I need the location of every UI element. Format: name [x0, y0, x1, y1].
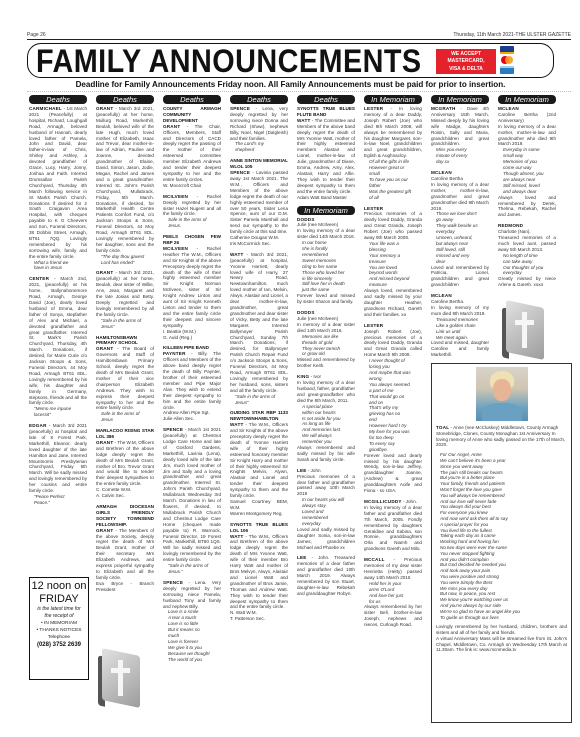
notice-spence-2: SPENCE - Lena. Very deeply regretted by …: [163, 580, 221, 663]
column-heading: In Memoriam: [364, 95, 422, 104]
notice-carmichael: CARMICHAEL - 1st March 2021 (Peacefully)…: [29, 106, 87, 271]
dotted-rule: [27, 91, 571, 92]
notice-center: CENTER - March 2nd, 2021, (peacefully) a…: [29, 276, 87, 418]
page-number: Page 26: [27, 32, 46, 38]
section-banner: FAMILY ANNOUNCEMENTS WE ACCEPT MASTERCAR…: [27, 43, 554, 78]
notice-synotts-band: SYNOTTS TRUE BLUES FLUTE BAND WATT - The…: [297, 106, 355, 201]
column-heading: In Memoriam: [498, 95, 556, 104]
column-deaths-4: Deaths SPENCE - Lena, very deeply regret…: [230, 95, 288, 627]
bible-cross-icon: [500, 302, 550, 360]
column-deaths-5: Deaths SYNOTTS TRUE BLUES FLUTE BAND WAT…: [297, 95, 355, 602]
column-heading: Deaths: [96, 95, 154, 104]
column-heading: Deaths: [29, 95, 87, 104]
notice-anne-sinton: ANNE SINTON MEMORIAL WLOL 105 SPENCE - L…: [230, 158, 288, 247]
header-rule: [27, 39, 571, 40]
deadline-notice: Deadline for Family Announcements Friday…: [40, 79, 541, 89]
column-heading: Deaths: [230, 95, 288, 104]
memoriam-toal-box: TOAL - Anne (nee McCluskey) Middletown, …: [431, 363, 572, 723]
memoriam-mcgrath: MCGRATH - Dave 4th Anniversary 15th Marc…: [431, 106, 489, 165]
memoriam-mclean-3: MCLEAN Caroline Bertha (2nd Anniversary)…: [498, 106, 556, 218]
notice-synotts-lol: SYNOTTS TRUE BLUES LOL 106 WATT - The W.…: [230, 522, 288, 622]
notice-killeen: KILLEEN PIPE BAND PAYNTER - Billy. The O…: [163, 345, 221, 422]
memoriam-dodds-2: DODDS Julie (nee McIlveen) In memory of …: [297, 310, 355, 369]
column-heading: Deaths: [297, 95, 355, 104]
payment-accept-badge: WE ACCEPT MASTERCARD, VISA & DELTA: [436, 49, 496, 74]
section-title: FAMILY ANNOUNCEMENTS: [36, 45, 422, 78]
memoriam-lester-2: LESTER Precious memories of a dearly lov…: [364, 206, 422, 318]
notice-grant-1: GRANT - March 3rd 2021, (peacefully) at …: [96, 106, 154, 265]
column-deaths-1: Deaths CARMICHAEL - 1st March 2021 (Peac…: [29, 95, 87, 511]
column-heading: In Memoriam: [431, 95, 489, 104]
notice-spence-1: SPENCE - March 1st 2021 (peacefully) at …: [163, 427, 221, 575]
memoriam-mccall: MCCALL - Precious memories of my dear si…: [364, 557, 422, 628]
notice-marlacoo: MARLACOO RISING STAR LOL 386 GRANT - The…: [96, 428, 154, 499]
memoriam-lester-1: LESTER - In loving memory of a dear Dadd…: [364, 106, 422, 201]
notice-edgar: EDGAR - March 3rd 2021 (peacefully) at h…: [29, 423, 87, 506]
card-logos: [500, 46, 516, 76]
notice-mcilveen-1: MCILVEEN - Rachel Deeply regretted by he…: [163, 194, 221, 229]
column-heading-in-memoriam: In Memoriam: [297, 206, 355, 215]
delta-icon: [500, 66, 514, 74]
notice-spence-3: SPENCE - Lena, very deeply regretted by …: [230, 106, 288, 153]
memoriam-lester-3: LESTER Joseph Robert (Joe), precious mem…: [364, 323, 422, 494]
memoriam-redmond: REDMOND Charlotte (Nan). Treasured memor…: [498, 223, 556, 288]
column-in-memoriam-1: In Memoriam LESTER - In loving memory of…: [364, 95, 422, 633]
notice-peels: PEELS CHOSEN FEW RBP 26 MCILVEEN - Rache…: [163, 234, 221, 340]
memoriam-king: KING - Ivor In loving memory of a dear h…: [297, 374, 355, 463]
visa-icon: [500, 46, 514, 54]
memoriam-lee-1: LEE - John Precious memories of a dear f…: [297, 468, 355, 551]
notice-cacd: COUNTY ARMAGH COMMUNITY DEVELOPMENT GRAN…: [163, 106, 221, 189]
notice-hamiltonsbawn: HAMILTONSBAWN PRIMARY SCHOOL GRANT - The…: [96, 335, 154, 424]
notice-grant-2: GRANT - March 3rd 2021, (peacefully) at …: [96, 270, 154, 329]
notice-watt-1: WATT - March 3rd 2021, (peacefully) at h…: [230, 252, 288, 406]
memoriam-mclean-1: MCLEAN Caroline Bertha In loving memory …: [431, 170, 489, 288]
mastercard-icon: [500, 56, 514, 64]
column-in-memoriam-2: In Memoriam MCGRATH - Dave 4th Anniversa…: [431, 95, 489, 363]
telephone-number: (028) 3752 2639: [30, 641, 88, 649]
date-and-paper: Thursday, 11th March 2021-THE ULSTER GAZ…: [453, 32, 571, 38]
memoriam-lee-2: LEE - John. Treasured memories of a dear…: [297, 555, 355, 596]
bible-cross-icon: [96, 650, 146, 708]
deadline-ad-box: 12 noon on FRIDAY is the latest time for…: [29, 577, 89, 680]
memoriam-dodds-1: DODDS Julie (nee McIlveen) In loving mem…: [297, 217, 355, 306]
memoriam-mclean-2: MCLEAN Caroline Bertha. In loving memory…: [431, 293, 489, 358]
memorial-photo: [476, 367, 528, 421]
notice-guiding-star: GUIDING STAR RBP 1133 NEWTOWNHAMILTON WA…: [230, 410, 288, 516]
column-in-memoriam-3: In Memoriam MCLEAN Caroline Bertha (2nd …: [498, 95, 556, 293]
column-heading: Deaths: [163, 95, 221, 104]
memoriam-mcgillicuddy: MCGILLICUDDY - John. In loving memory of…: [364, 499, 422, 552]
column-deaths-3: Deaths COUNTY ARMAGH COMMUNITY DEVELOPME…: [163, 95, 221, 668]
notice-armagh-diocesan: ARMAGH DIOCESAN GIRLS FRIENDLY SOCIETY T…: [96, 504, 154, 593]
column-deaths-2: Deaths GRANT - March 3rd 2021, (peaceful…: [96, 95, 154, 598]
